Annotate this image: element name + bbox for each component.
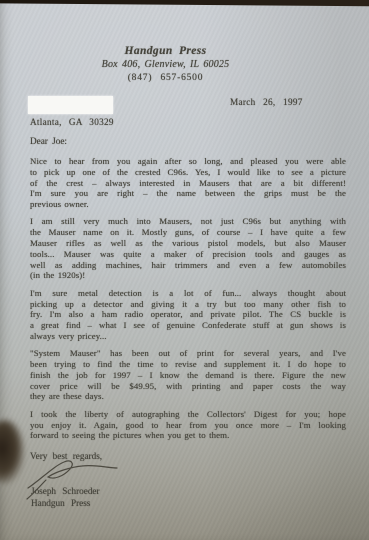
recipient-city-line: Atlanta, GA 30329 [30, 117, 114, 127]
text-line: I took the liberty of autographing the C… [30, 409, 346, 420]
text-line: I am still very much into Mausers, not j… [30, 216, 346, 227]
text-line: of the crest – always interested in Maus… [30, 178, 346, 189]
letter-date: March 26, 1997 [230, 97, 303, 107]
redacted-address-box [28, 96, 113, 114]
text-line: finish the job for 1997 – I know the dem… [30, 370, 346, 381]
paragraph-1: Nice to hear from you again after so lon… [30, 156, 346, 210]
letterhead-address: Box 406, Glenview, IL 60025 [0, 59, 331, 70]
text-line: tools... Mauser was quite a maker of pre… [30, 249, 346, 260]
paragraph-4: "System Mauser" has been out of print fo… [30, 348, 346, 402]
text-line: you enjoy it. Again, good to hear from y… [30, 420, 346, 431]
text-line: always very pricey... [30, 331, 346, 342]
salutation: Dear Joe: [30, 136, 67, 146]
text-line: they are these days. [30, 391, 346, 402]
signer-name: Joseph Schroeder [31, 486, 100, 496]
letterhead-company: Handgun Press [0, 45, 331, 57]
paragraph-2: I am still very much into Mausers, not j… [30, 216, 346, 281]
text-line: "System Mauser" has been out of print fo… [30, 348, 346, 359]
text-line: the Mauser name on it. Mostly guns, of c… [30, 227, 346, 238]
text-line: fry. I'm also a ham radio operator, and … [30, 309, 346, 320]
text-line: well as adding machines, hair trimmers a… [30, 260, 346, 271]
paragraph-5: I took the liberty of autographing the C… [30, 409, 346, 441]
paragraph-3: I'm sure metal detection is a lot of fun… [30, 288, 346, 342]
text-line: a great find – what I see of genuine Con… [30, 320, 346, 331]
text-line: I'm sure metal detection is a lot of fun… [30, 288, 346, 299]
text-line: been trying to find the time to revise a… [30, 359, 346, 370]
letter-body: Nice to hear from you again after so lon… [30, 156, 346, 448]
letterhead-phone: (847) 657-6500 [0, 73, 331, 83]
text-line: picking up a detector and giving it a tr… [30, 299, 346, 310]
text-line: cover price will be $49.95, with printin… [30, 381, 346, 392]
text-line: forward to seeing the pictures when you … [30, 430, 346, 441]
text-line: to pick up one of the crested C96s. Yes,… [30, 167, 346, 178]
text-line: Nice to hear from you again after so lon… [30, 156, 346, 167]
text-line: previous owner. [30, 199, 346, 210]
text-line: (in the 1920s)! [30, 270, 346, 281]
letter-photo: Handgun Press Box 406, Glenview, IL 6002… [0, 0, 369, 540]
signer-title: Handgun Press [31, 498, 90, 508]
letterhead: Handgun Press Box 406, Glenview, IL 6002… [0, 45, 331, 83]
text-line: I'm sure you are right – the name betwee… [30, 188, 346, 199]
text-line: Mauser rifles as well as the various pis… [30, 238, 346, 249]
